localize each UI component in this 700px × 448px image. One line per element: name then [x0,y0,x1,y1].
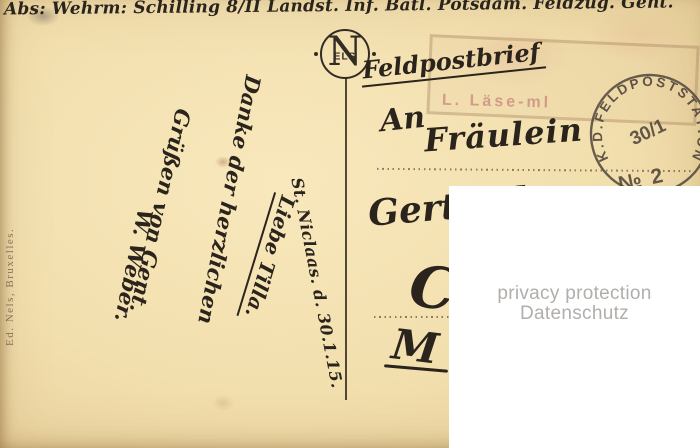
postcard-scan: Abs: Wehrm: Schilling 8/II Landst. Inf. … [0,0,700,448]
postmark-date: 30/1 [627,115,670,150]
message-dateline: St. Niclaas. d. 30.1.15. [287,176,347,390]
publisher-imprint: Ed. Nels, Bruxelles. [4,150,16,346]
paper-stain [208,392,238,414]
address-prefix: An [378,100,427,140]
censor-stamp-text: L. Läse-ml [442,92,552,113]
privacy-text: privacy protection Datenschutz [449,284,700,324]
nels-monogram-els: ELS [334,51,356,62]
privacy-text-de: Datenschutz [449,304,700,324]
privacy-overlay: privacy protection Datenschutz [449,186,700,448]
message-salutation: Liebe Tilla. [237,192,300,323]
postmark-ring-text: K.D.FELDPOSTSTATION [589,72,700,168]
divider-line [345,77,347,400]
sender-line: Abs: Wehrm: Schilling 8/II Landst. Inf. … [4,0,674,20]
privacy-text-en: privacy protection [449,284,700,304]
address-recipient-title: Fräulein [423,111,584,160]
